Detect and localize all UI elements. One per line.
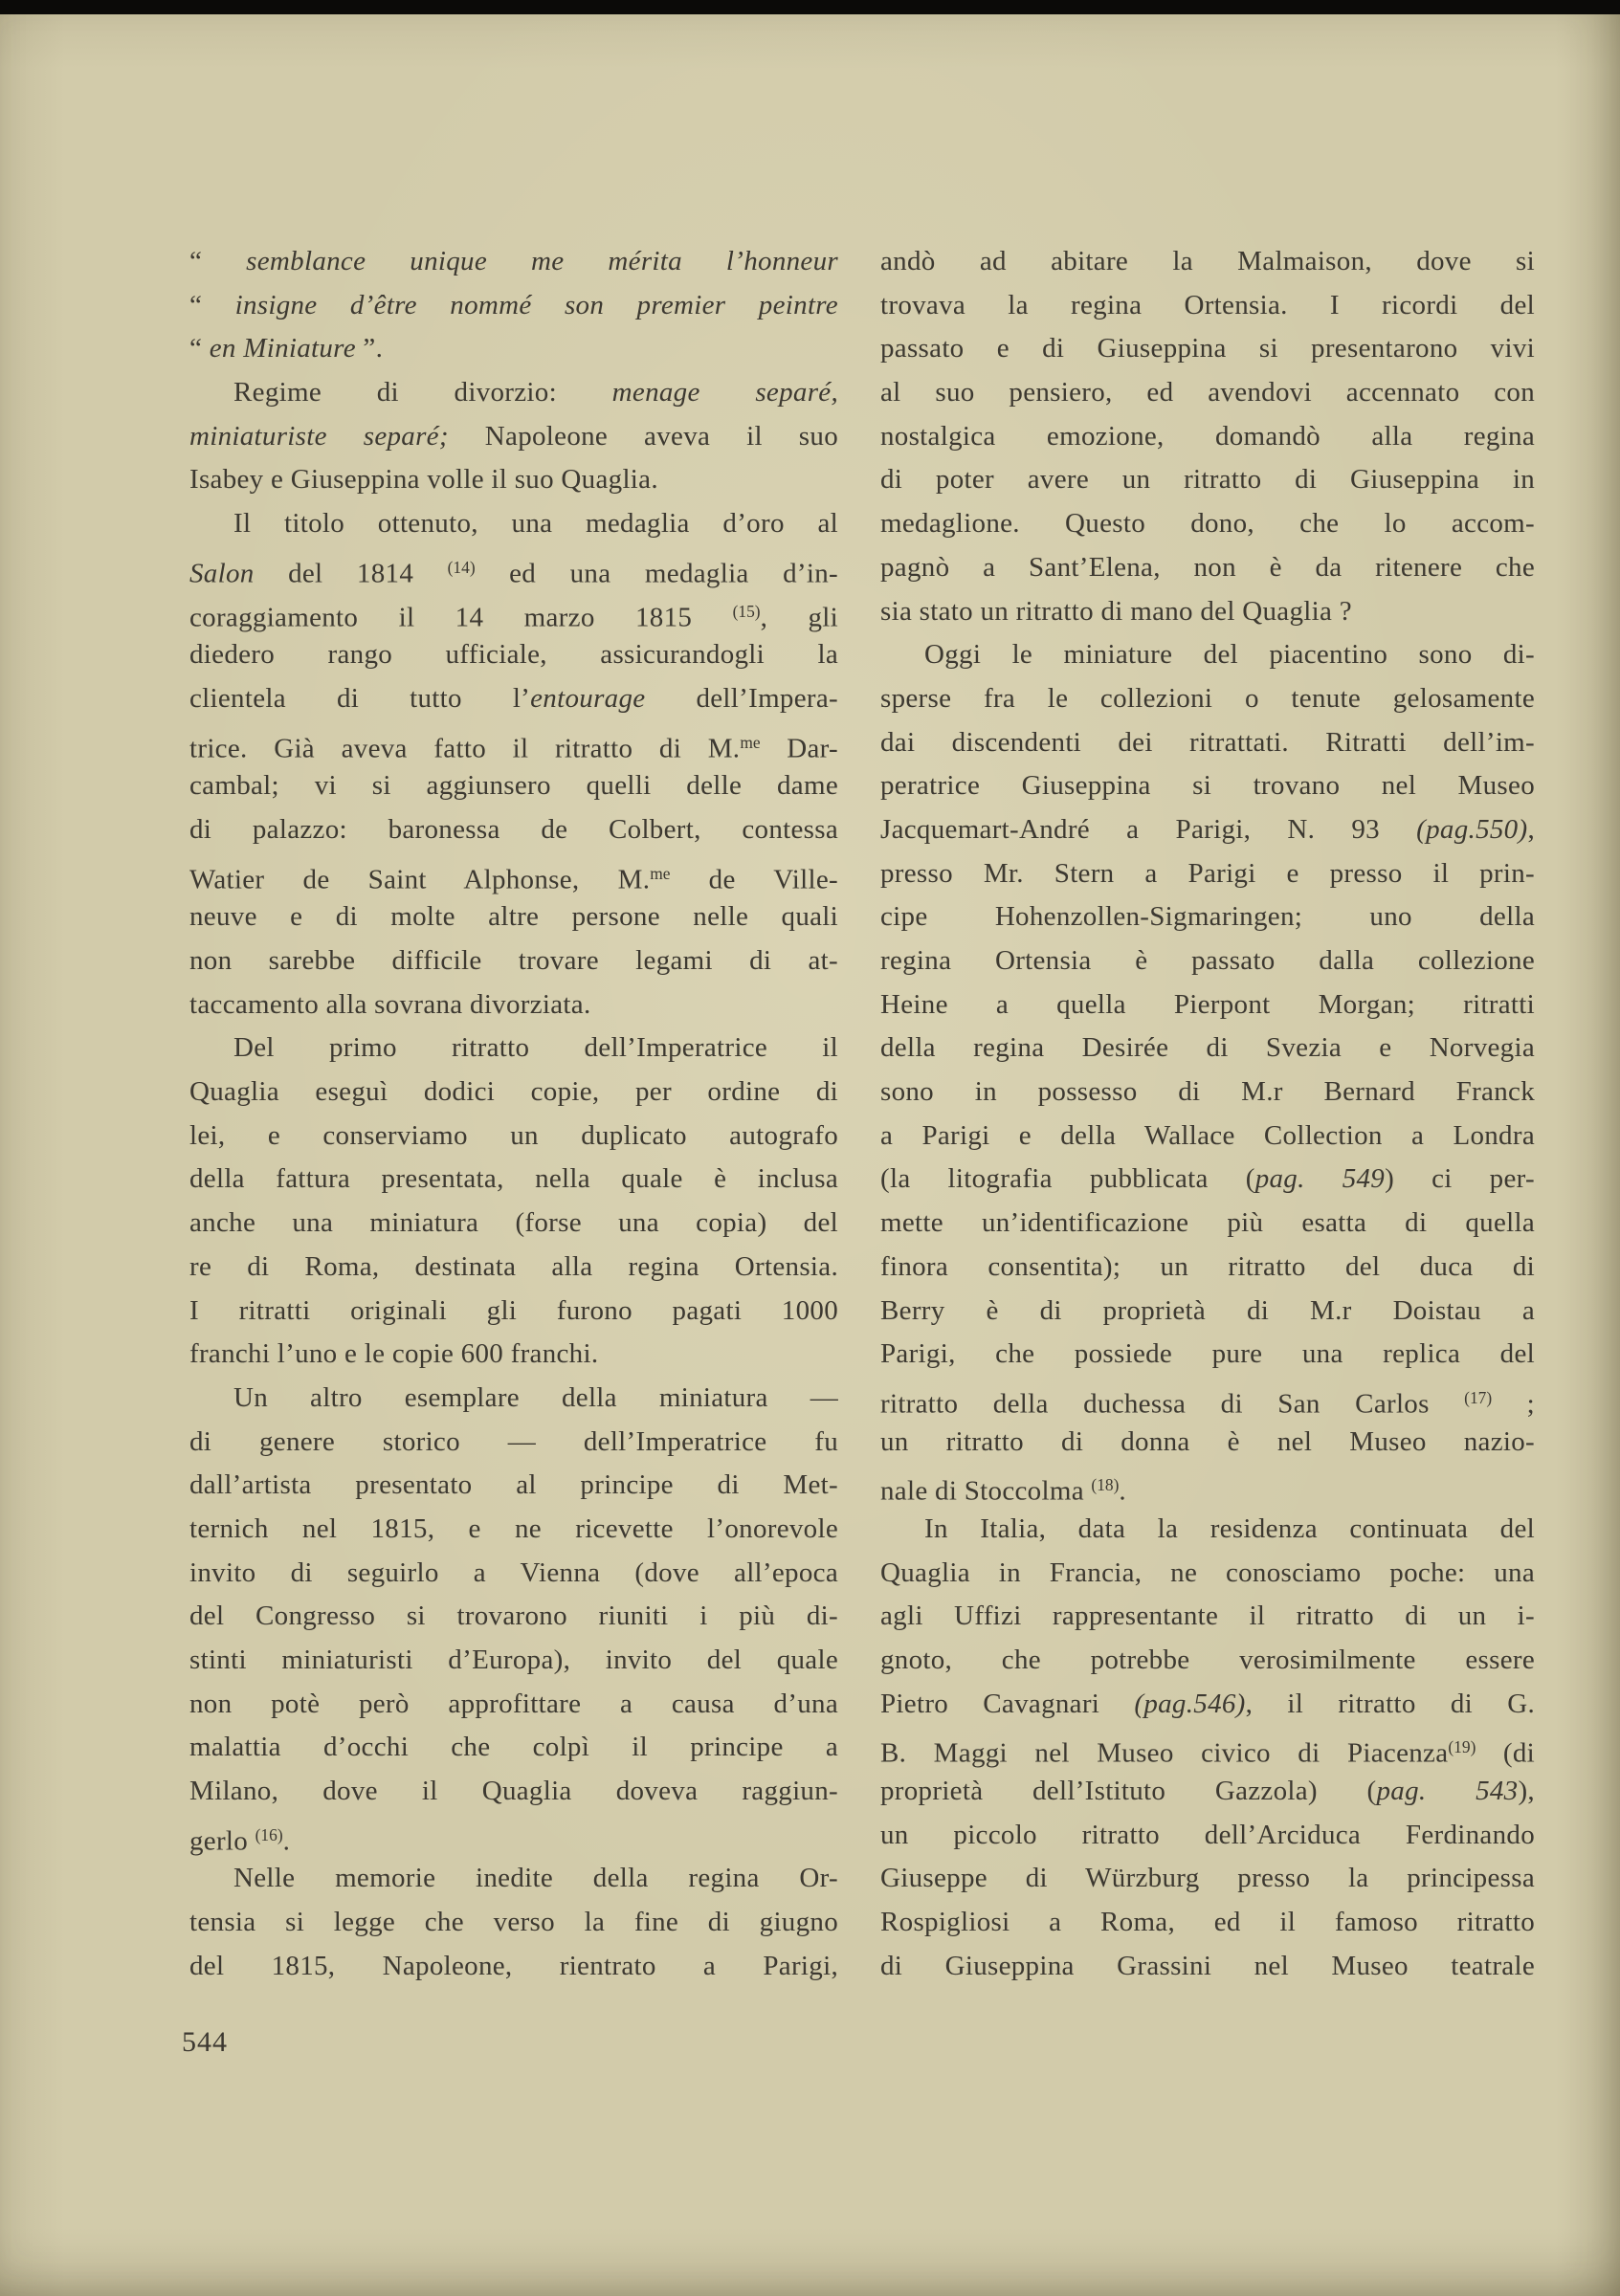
text-line: finora consentita); un ritratto del duca… [880,1246,1535,1290]
text-segment: . [1119,1476,1126,1507]
text-line: Nelle memorie inedite della regina Or- [189,1857,838,1901]
text-segment: passato e di Giuseppina si presentarono … [880,333,1535,364]
italic-text-segment: insigne d’être nommé son premier peintre [235,290,838,320]
text-line: della fattura presentata, nella quale è … [189,1158,838,1202]
text-segment: clientela di tutto l’ [189,683,530,714]
text-segment: ”. [356,333,383,364]
text-segment: dai discendenti dei ritrattati. Ritratti… [880,727,1535,758]
text-line: sono in possesso di M.r Bernard Franck [880,1071,1535,1115]
text-segment: nale di Stoccolma [880,1476,1091,1507]
text-line: un piccolo ritratto dell’Arciduca Ferdin… [880,1814,1535,1858]
text-segment: Il titolo ottenuto, una medaglia d’oro a… [233,508,838,539]
text-line: Un altro esemplare della miniatura — [189,1377,838,1421]
text-segment: dall’artista presentato al principe di M… [189,1469,838,1500]
text-line: nostalgica emozione, domandò alla regina [880,415,1535,459]
text-line: malattia d’occhi che colpì il principe a [189,1726,838,1770]
text-line: andò ad abitare la Malmaison, dove si [880,240,1535,284]
text-segment: Oggi le miniature del piacentino sono di… [924,639,1535,670]
text-line: della regina Desirée di Svezia e Norvegi… [880,1027,1535,1071]
italic-text-segment: pag. 543 [1376,1776,1518,1806]
text-line: Salon del 1814 (14) ed una medaglia d’in… [189,546,838,590]
text-segment: Rospigliosi a Roma, ed il famoso ritratt… [880,1907,1535,1937]
text-line: Isabey e Giuseppina volle il suo Quaglia… [189,458,838,502]
text-segment: Milano, dove il Quaglia doveva raggiun- [189,1776,838,1806]
text-segment: sperse fra le collezioni o tenute gelosa… [880,683,1535,714]
text-segment: Isabey e Giuseppina volle il suo Quaglia… [189,464,658,495]
text-segment: peratrice Giuseppina si trovano nel Muse… [880,770,1535,801]
text-line: sperse fra le collezioni o tenute gelosa… [880,677,1535,721]
text-line: Pietro Cavagnari (pag.546), il ritratto … [880,1683,1535,1727]
text-line: tensia si legge che verso la fine di giu… [189,1901,838,1945]
text-line: Heine a quella Pierpont Morgan; ritratti [880,983,1535,1027]
text-segment: . [283,1825,291,1856]
text-segment: “ [189,333,210,364]
text-segment: agli Uffizi rappresentante il ritratto d… [880,1601,1535,1631]
text-line: In Italia, data la residenza continuata … [880,1508,1535,1552]
text-line: “ semblance unique me mérita l’honneur [189,240,838,284]
text-line: gerlo (16). [189,1814,838,1858]
column-left: “ semblance unique me mérita l’honneur“ … [189,240,838,1989]
text-segment: andò ad abitare la Malmaison, dove si [880,246,1535,276]
text-segment: Watier de Saint Alphonse, M. [189,864,650,894]
text-line: invito di seguirlo a Vienna (dove all’ep… [189,1552,838,1596]
text-line: Regime di divorzio: menage separé, [189,371,838,415]
footnote-reference: (15) [733,602,761,621]
text-segment: In Italia, data la residenza continuata … [924,1513,1535,1544]
text-segment: della regina Desirée di Svezia e Norvegi… [880,1032,1535,1063]
text-segment: pagnò a Sant’Elena, non è da ritenere ch… [880,552,1535,583]
text-segment: , gli [761,602,838,632]
text-segment: al suo pensiero, ed avendovi accennato c… [880,377,1535,408]
text-line: I ritratti originali gli furono pagati 1… [189,1290,838,1334]
footnote-reference: (19) [1448,1737,1476,1756]
text-segment: Nelle memorie inedite della regina Or- [233,1863,838,1893]
text-line: Giuseppe di Würzburg presso la principes… [880,1857,1535,1901]
text-segment: Giuseppe di Würzburg presso la principes… [880,1863,1535,1893]
text-line: trice. Già aveva fatto il ritratto di M.… [189,721,838,765]
text-line: gnoto, che potrebbe verosimilmente esser… [880,1639,1535,1683]
text-line: ternich nel 1815, e ne ricevette l’onore… [189,1508,838,1552]
text-line: “ insigne d’être nommé son premier peint… [189,284,838,328]
text-line: Il titolo ottenuto, una medaglia d’oro a… [189,502,838,546]
text-segment: “ [189,246,246,276]
text-segment: Berry è di proprietà di M.r Doistau a [880,1295,1535,1326]
text-segment: gerlo [189,1825,255,1856]
text-segment: malattia d’occhi che colpì il principe a [189,1732,838,1762]
text-line: Watier de Saint Alphonse, M.me de Ville- [189,852,838,896]
text-segment: Un altro esemplare della miniatura — [233,1382,838,1413]
text-line: del Congresso si trovarono riuniti i più… [189,1595,838,1639]
text-line: cipe Hohenzollen-Sigmaringen; uno della [880,895,1535,939]
text-segment: Jacquemart-André a Parigi, N. 93 [880,814,1416,845]
text-segment: di Giuseppina Grassini nel Museo teatral… [880,1951,1535,1981]
text-segment: ritratto della duchessa di San Carlos [880,1388,1464,1419]
footnote-reference: (14) [448,558,476,577]
footnote-reference: (16) [255,1825,283,1844]
text-segment: taccamento alla sovrana divorziata. [189,989,591,1020]
text-line: di poter avere un ritratto di Giuseppina… [880,458,1535,502]
text-line: (la litografia pubblicata (pag. 549) ci … [880,1158,1535,1202]
text-segment: ), [1518,1776,1535,1806]
text-line: franchi l’uno e le copie 600 franchi. [189,1333,838,1377]
scan-edge-top [0,0,1620,14]
italic-text-segment: pag. 549 [1255,1163,1385,1194]
text-line: Quaglia in Francia, ne conosciamo poche:… [880,1552,1535,1596]
italic-text-segment: Salon [189,558,255,588]
text-segment: ed una medaglia d’in- [476,558,838,588]
text-line: non potè però approfittare a causa d’una [189,1683,838,1727]
text-segment: ) ci per- [1385,1163,1535,1194]
text-line: cambal; vi si aggiunsero quelli delle da… [189,764,838,808]
text-segment: dell’Impera- [645,683,838,714]
text-line: medaglione. Questo dono, che lo accom- [880,502,1535,546]
text-line: Quaglia eseguì dodici copie, per ordine … [189,1071,838,1115]
text-segment: un ritratto di donna è nel Museo nazio- [880,1426,1535,1457]
text-line: diedero rango ufficiale, assicurandogli … [189,633,838,677]
italic-text-segment: en Miniature [210,333,356,364]
text-line: dall’artista presentato al principe di M… [189,1464,838,1508]
text-line: clientela di tutto l’entourage dell’Impe… [189,677,838,721]
text-segment: , [1527,814,1535,845]
text-line: “ en Miniature ”. [189,327,838,371]
text-segment: mette un’identificazione più esatta di q… [880,1207,1535,1238]
text-line: agli Uffizi rappresentante il ritratto d… [880,1595,1535,1639]
text-segment: ternich nel 1815, e ne ricevette l’onore… [189,1513,838,1544]
text-segment: del Congresso si trovarono riuniti i più… [189,1601,838,1631]
text-segment: B. Maggi nel Museo civico di Piacenza [880,1738,1448,1769]
text-segment: Parigi, che possiede pure una replica de… [880,1338,1535,1369]
text-segment: finora consentita); un ritratto del duca… [880,1251,1535,1282]
text-segment: a Parigi e della Wallace Collection a Lo… [880,1120,1535,1151]
text-segment: un piccolo ritratto dell’Arciduca Ferdin… [880,1820,1535,1850]
text-segment: “ [189,290,235,320]
text-segment: franchi l’uno e le copie 600 franchi. [189,1338,598,1369]
text-line: Oggi le miniature del piacentino sono di… [880,633,1535,677]
footnote-reference: me [650,864,670,883]
text-segment: medaglione. Questo dono, che lo accom- [880,508,1535,539]
italic-text-segment: (pag.550) [1416,814,1527,845]
text-segment: diedero rango ufficiale, assicurandogli … [189,639,838,670]
text-line: al suo pensiero, ed avendovi accennato c… [880,371,1535,415]
text-segment: di palazzo: baronessa de Colbert, contes… [189,814,838,845]
text-line: di palazzo: baronessa de Colbert, contes… [189,808,838,852]
text-line: B. Maggi nel Museo civico di Piacenza(19… [880,1726,1535,1770]
italic-text-segment: miniaturiste separé; [189,421,485,452]
text-segment: Napoleone aveva il suo [485,421,838,452]
text-line: ritratto della duchessa di San Carlos (1… [880,1377,1535,1421]
text-line: passato e di Giuseppina si presentarono … [880,327,1535,371]
text-segment: invito di seguirlo a Vienna (dove all’ep… [189,1557,838,1588]
text-segment: Pietro Cavagnari [880,1689,1134,1719]
text-segment: , il ritratto di G. [1246,1689,1535,1719]
text-line: pagnò a Sant’Elena, non è da ritenere ch… [880,546,1535,590]
text-segment: anche una miniatura (forse una copia) de… [189,1207,838,1238]
text-segment: cambal; vi si aggiunsero quelli delle da… [189,770,838,801]
text-segment: sono in possesso di M.r Bernard Franck [880,1076,1535,1107]
text-segment: Regime di divorzio: [233,377,612,408]
text-line: regina Ortensia è passato dalla collezio… [880,939,1535,983]
text-segment: (la litografia pubblicata ( [880,1163,1255,1194]
text-segment: tensia si legge che verso la fine di giu… [189,1907,838,1937]
text-line: re di Roma, destinata alla regina Ortens… [189,1246,838,1290]
footnote-reference: (18) [1091,1475,1119,1494]
text-segment: proprietà dell’Istituto Gazzola) ( [880,1776,1376,1806]
text-segment: (di [1476,1738,1535,1769]
text-segment: Dar- [761,733,838,763]
text-line: Parigi, che possiede pure una replica de… [880,1333,1535,1377]
text-line: Milano, dove il Quaglia doveva raggiun- [189,1770,838,1814]
text-segment: del 1814 [255,558,448,588]
text-line: taccamento alla sovrana divorziata. [189,983,838,1027]
text-line: Rospigliosi a Roma, ed il famoso ritratt… [880,1901,1535,1945]
text-segment: Quaglia eseguì dodici copie, per ordine … [189,1076,838,1107]
text-segment: re di Roma, destinata alla regina Ortens… [189,1251,838,1282]
text-line: coraggiamento il 14 marzo 1815 (15), gli [189,590,838,634]
text-segment: di genere storico — dell’Imperatrice fu [189,1426,838,1457]
text-segment: non potè però approfittare a causa d’una [189,1689,838,1719]
book-page: “ semblance unique me mérita l’honneur“ … [0,0,1620,2296]
text-segment: de Ville- [671,864,838,894]
text-segment: neuve e di molte altre persone nelle qua… [189,901,838,932]
text-segment: non sarebbe difficile trovare legami di … [189,945,838,976]
text-segment: cipe Hohenzollen-Sigmaringen; uno della [880,901,1535,932]
text-segment: I ritratti originali gli furono pagati 1… [189,1295,838,1326]
text-line: trovava la regina Ortensia. I ricordi de… [880,284,1535,328]
text-line: non sarebbe difficile trovare legami di … [189,939,838,983]
text-segment: sia stato un ritratto di mano del Quagli… [880,596,1352,627]
text-segment: gnoto, che potrebbe verosimilmente esser… [880,1645,1535,1675]
text-line: a Parigi e della Wallace Collection a Lo… [880,1115,1535,1159]
text-segment: trice. Già aveva fatto il ritratto di M. [189,733,740,763]
text-segment: lei, e conserviamo un duplicato autograf… [189,1120,838,1151]
text-segment: regina Ortensia è passato dalla collezio… [880,945,1535,976]
text-line: stinti miniaturisti d’Europa), invito de… [189,1639,838,1683]
footnote-reference: me [740,733,760,752]
italic-text-segment: semblance unique me mérita l’honneur [246,246,838,276]
italic-text-segment: entourage [530,683,645,714]
text-line: miniaturiste separé; Napoleone aveva il … [189,415,838,459]
text-segment: stinti miniaturisti d’Europa), invito de… [189,1645,838,1675]
text-line: proprietà dell’Istituto Gazzola) (pag. 5… [880,1770,1535,1814]
text-line: presso Mr. Stern a Parigi e presso il pr… [880,852,1535,896]
text-line: mette un’identificazione più esatta di q… [880,1202,1535,1246]
text-segment: del 1815, Napoleone, rientrato a Parigi, [189,1951,838,1981]
text-line: nale di Stoccolma (18). [880,1464,1535,1508]
text-line: del 1815, Napoleone, rientrato a Parigi, [189,1945,838,1989]
text-line: Del primo ritratto dell’Imperatrice il [189,1027,838,1071]
text-segment: coraggiamento il 14 marzo 1815 [189,602,733,632]
text-line: di Giuseppina Grassini nel Museo teatral… [880,1945,1535,1989]
text-line: anche una miniatura (forse una copia) de… [189,1202,838,1246]
text-segment: trovava la regina Ortensia. I ricordi de… [880,290,1535,320]
text-segment: della fattura presentata, nella quale è … [189,1163,838,1194]
text-segment: ; [1492,1388,1535,1419]
italic-text-segment: menage separé, [612,377,838,408]
text-segment: Quaglia in Francia, ne conosciamo poche:… [880,1557,1535,1588]
text-segment: presso Mr. Stern a Parigi e presso il pr… [880,858,1535,889]
text-line: sia stato un ritratto di mano del Quagli… [880,590,1535,634]
column-right: andò ad abitare la Malmaison, dove sitro… [880,240,1535,1989]
text-line: neuve e di molte altre persone nelle qua… [189,895,838,939]
italic-text-segment: (pag.546) [1134,1689,1245,1719]
text-line: Jacquemart-André a Parigi, N. 93 (pag.55… [880,808,1535,852]
page-number: 544 [182,2020,228,2064]
text-segment: Del primo ritratto dell’Imperatrice il [233,1032,838,1063]
text-line: un ritratto di donna è nel Museo nazio- [880,1421,1535,1465]
text-segment: di poter avere un ritratto di Giuseppina… [880,464,1535,495]
text-line: dai discendenti dei ritrattati. Ritratti… [880,721,1535,765]
text-line: di genere storico — dell’Imperatrice fu [189,1421,838,1465]
text-line: Berry è di proprietà di M.r Doistau a [880,1290,1535,1334]
text-segment: nostalgica emozione, domandò alla regina [880,421,1535,452]
text-segment: Heine a quella Pierpont Morgan; ritratti [880,989,1535,1020]
text-line: lei, e conserviamo un duplicato autograf… [189,1115,838,1159]
footnote-reference: (17) [1464,1388,1492,1407]
text-line: peratrice Giuseppina si trovano nel Muse… [880,764,1535,808]
